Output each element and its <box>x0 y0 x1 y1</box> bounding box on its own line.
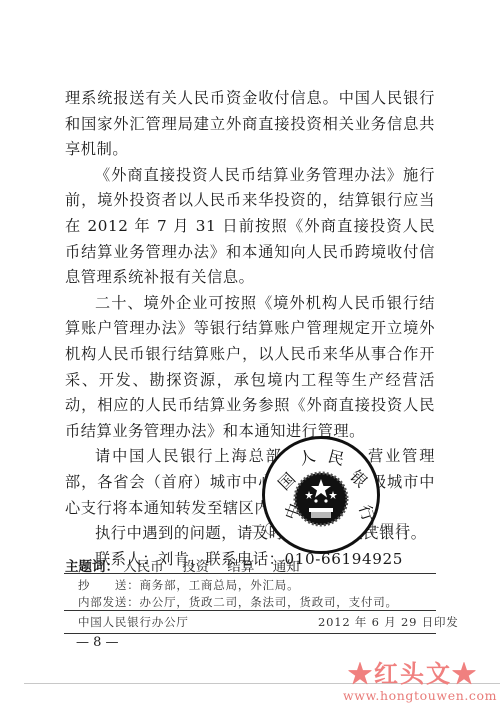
cc-value: 商务部，工商总局，外汇局。 <box>140 578 300 592</box>
paragraph-3: 二十、境外企业可按照《境外机构人民币银行结算账户管理办法》等银行结算账户管理规定… <box>65 291 435 445</box>
subject-keywords: 主题词： 人民币 投资 结算 通知 <box>65 555 314 575</box>
national-emblem-icon: 中 国 人 民 银 行 <box>265 439 377 551</box>
paragraph-4: 请中国人民银行上海总部，各分行、营业管理部，各省会（首府）城市中心支行，各副省级… <box>65 444 435 521</box>
divider <box>64 610 436 611</box>
cc-label: 抄 送： <box>78 578 140 592</box>
watermark-title: ★红头文★ <box>348 654 478 689</box>
official-seal: 中 国 人 民 银 行 <box>262 436 380 554</box>
cc-line: 抄 送：商务部，工商总局，外汇局。 <box>78 577 299 593</box>
svg-text:民: 民 <box>326 447 346 469</box>
divider <box>64 633 436 634</box>
paragraph-1: 理系统报送有关人民币资金收付信息。中国人民银行和国家外汇管理局建立外商直接投资相… <box>65 86 435 163</box>
issuer: 中国人民银行办公厅 <box>78 614 189 630</box>
internal-distribution-line: 内部发送：办公厅，货政二司，条法司，货政司，支付司。 <box>78 594 398 610</box>
svg-text:行: 行 <box>355 502 377 523</box>
paragraph-2: 《外商直接投资人民币结算业务管理办法》施行前，境外投资者以人民币来华投资的，结算… <box>65 163 435 291</box>
svg-text:银: 银 <box>346 466 371 491</box>
page-number: — 8 — <box>76 635 119 650</box>
watermark-url: www.hongtouwen.com <box>343 688 497 703</box>
issue-date: 2012 年 6 月 29 日印发 <box>318 614 459 630</box>
svg-text:人: 人 <box>296 446 317 469</box>
internal-value: 办公厅，货政二司，条法司，货政司，支付司。 <box>140 595 398 609</box>
divider <box>64 573 436 574</box>
internal-label: 内部发送： <box>78 595 140 609</box>
